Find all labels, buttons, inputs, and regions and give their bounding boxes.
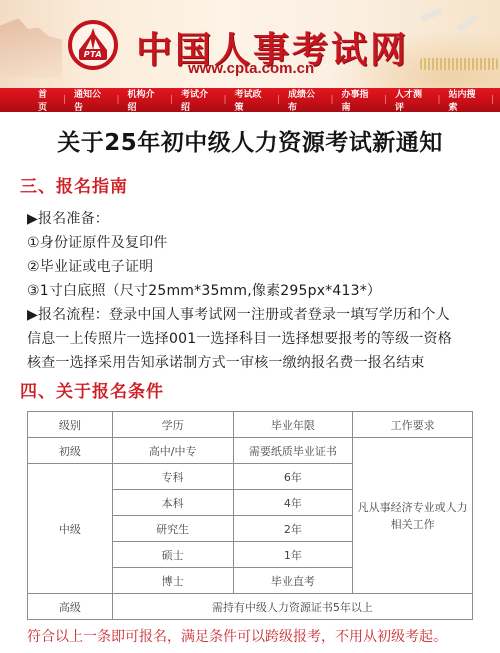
roof-icon [79, 28, 107, 50]
education-cell: 高中/中专 [112, 438, 233, 464]
prep-item-diploma: ②毕业证或电子证明 [27, 256, 153, 276]
header-education: 学历 [112, 412, 233, 438]
site-banner: PTA 中国人事考试网 www.cpta.com.cn [0, 0, 500, 88]
site-title[interactable]: 中国人事考试网 [136, 22, 409, 62]
section-title-eligibility: 四、关于报名条件 [20, 377, 164, 402]
nav-separator: | [170, 95, 173, 105]
nav-item-home[interactable]: 首页| [36, 87, 72, 113]
table-header-row: 级别 学历 毕业年限 工作要求 [28, 412, 473, 438]
nav-separator: | [437, 95, 440, 105]
years-cell: 1年 [233, 542, 353, 568]
level-senior: 高级 [28, 594, 113, 620]
nav-separator: | [384, 95, 387, 105]
years-cell: 2年 [233, 516, 353, 542]
work-requirement-cell: 凡从事经济专业或人力相关工作 [353, 438, 473, 594]
level-intermediate: 中级 [28, 464, 113, 594]
nav-item-exam-policy[interactable]: 考试政策| [233, 87, 287, 113]
eligibility-note: 符合以上一条即可报名，满足条件可以跨级报考，不用从初级考起。 [27, 626, 447, 646]
nav-item-about[interactable]: 机构介绍| [126, 87, 180, 113]
nav-item-announcements[interactable]: 通知公告| [72, 87, 126, 113]
header-level: 级别 [28, 412, 113, 438]
nav-item-results[interactable]: 成绩公布| [286, 87, 340, 113]
years-cell: 6年 [233, 464, 353, 490]
site-url[interactable]: www.cpta.com.cn [188, 60, 314, 77]
prep-item-photo: ③1寸白底照（尺寸25mm*35mm,像素295px*413*） [27, 280, 381, 300]
great-wall-illustration [0, 8, 62, 78]
header-work: 工作要求 [353, 412, 473, 438]
crowd-illustration [420, 58, 498, 70]
level-primary: 初级 [28, 438, 113, 464]
table-row: 高级 需持有中级人力资源证书5年以上 [28, 594, 473, 620]
logo-text: PTA [79, 49, 107, 60]
process-line-3: 核查一选择采用告知承诺制方式一审核一缴纳报名费一报名结束 [27, 352, 425, 372]
table-row: 初级 高中/中专 需要纸质毕业证书 凡从事经济专业或人力相关工作 [28, 438, 473, 464]
education-cell: 专科 [112, 464, 233, 490]
pta-logo[interactable]: PTA [68, 20, 118, 70]
eligibility-table: 级别 学历 毕业年限 工作要求 初级 高中/中专 需要纸质毕业证书 凡从事经济专… [27, 411, 473, 620]
header-years: 毕业年限 [233, 412, 353, 438]
prep-heading: ▶报名准备： [27, 208, 109, 228]
satellite-icon [420, 8, 443, 22]
nav-separator: | [491, 95, 494, 105]
education-cell: 本科 [112, 490, 233, 516]
education-cell: 硕士 [112, 542, 233, 568]
process-line-2: 信息一上传照片一选择001一选择科目一选择想要报考的等级一资格 [27, 328, 452, 348]
nav-item-talent-assessment[interactable]: 人才测评| [393, 87, 447, 113]
education-cell: 研究生 [112, 516, 233, 542]
nav-separator: | [63, 95, 66, 105]
nav-separator: | [277, 95, 280, 105]
years-cell: 需要纸质毕业证书 [233, 438, 353, 464]
nav-item-guide[interactable]: 办事指南| [340, 87, 394, 113]
nav-separator: | [330, 95, 333, 105]
nav-item-site-search[interactable]: 站内搜索| [447, 87, 500, 113]
process-line-1: ▶报名流程：登录中国人事考试网一注册或者登录一填写学历和个人 [27, 304, 450, 324]
prep-item-id-card: ①身份证原件及复印件 [27, 232, 168, 252]
nav-separator: | [223, 95, 226, 105]
senior-requirement-cell: 需持有中级人力资源证书5年以上 [112, 594, 472, 620]
nav-separator: | [116, 95, 119, 105]
main-nav: 首页| 通知公告| 机构介绍| 考试介绍| 考试政策| 成绩公布| 办事指南| … [0, 88, 500, 112]
section-title-registration-guide: 三、报名指南 [20, 172, 128, 197]
years-cell: 毕业直考 [233, 568, 353, 594]
nav-item-exam-intro[interactable]: 考试介绍| [179, 87, 233, 113]
education-cell: 博士 [112, 568, 233, 594]
article-headline: 关于25年初中级人力资源考试新通知 [0, 124, 500, 157]
years-cell: 4年 [233, 490, 353, 516]
